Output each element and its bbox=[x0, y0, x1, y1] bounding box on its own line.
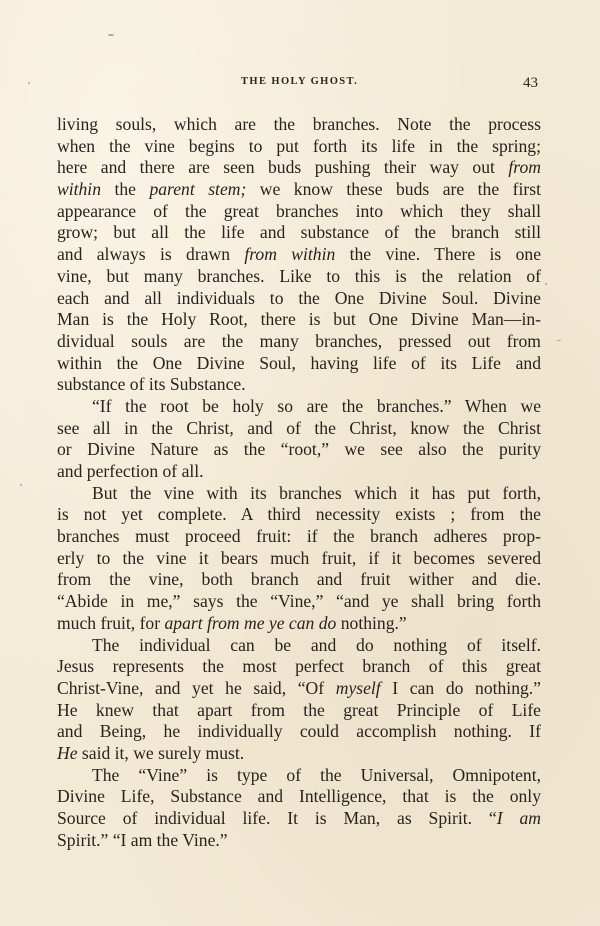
text-line: Jesus represents the most perfect branch… bbox=[57, 656, 541, 678]
text-segment: grow; but all the life and substance of … bbox=[57, 222, 541, 242]
text-segment: Man is the Holy Root, there is but One D… bbox=[57, 309, 541, 329]
paper-speck bbox=[557, 340, 561, 341]
text-segment: each and all individuals to the One Divi… bbox=[57, 288, 541, 308]
italic-text: He bbox=[57, 743, 78, 763]
text-line: “If the root be holy so are the branches… bbox=[57, 396, 541, 418]
text-segment: I can do nothing.” bbox=[381, 678, 541, 698]
text-segment: the vine. There is one bbox=[335, 244, 541, 264]
text-line: vine, but many branches. Like to this is… bbox=[57, 266, 541, 288]
italic-text: parent stem; bbox=[149, 179, 246, 199]
text-segment: branches must proceed fruit: if the bran… bbox=[57, 526, 541, 546]
text-line: Spirit.” “I am the Vine.” bbox=[57, 830, 541, 852]
text-segment: the bbox=[101, 179, 149, 199]
text-segment: Jesus represents the most perfect branch… bbox=[57, 656, 541, 676]
text-segment: The “Vine” is type of the Universal, Omn… bbox=[92, 765, 541, 785]
text-line: and perfection of all. bbox=[57, 461, 541, 483]
text-segment: within the One Divine Soul, having life … bbox=[57, 353, 541, 373]
text-line: Divine Life, Substance and Intelligence,… bbox=[57, 786, 541, 808]
text-segment: The individual can be and do nothing of … bbox=[92, 635, 541, 655]
text-segment: see all in the Christ, and of the Christ… bbox=[57, 418, 541, 438]
text-segment: living souls, which are the branches. No… bbox=[57, 114, 541, 134]
text-segment: and perfection of all. bbox=[57, 461, 204, 481]
text-line: or Divine Nature as the “root,” we see a… bbox=[57, 439, 541, 461]
text-segment: when the vine begins to put forth its li… bbox=[57, 136, 541, 156]
text-segment: appearance of the great branches into wh… bbox=[57, 201, 541, 221]
text-segment: “If the root be holy so are the branches… bbox=[92, 396, 541, 416]
text-line: within the One Divine Soul, having life … bbox=[57, 353, 541, 375]
body-text: living souls, which are the branches. No… bbox=[57, 114, 541, 851]
text-line: much fruit, for apart from me ye can do … bbox=[57, 613, 541, 635]
text-line: But the vine with its branches which it … bbox=[57, 483, 541, 505]
paper-speck bbox=[545, 283, 547, 285]
italic-text: from within bbox=[244, 244, 335, 264]
italic-text: I am bbox=[497, 808, 541, 828]
italic-text: from bbox=[508, 157, 541, 177]
text-segment: “Abide in me,” says the “Vine,” “and ye … bbox=[57, 591, 541, 611]
text-segment: Source of individual life. It is Man, as… bbox=[57, 808, 497, 828]
text-line: see all in the Christ, and of the Christ… bbox=[57, 418, 541, 440]
text-segment: Christ-Vine, and yet he said, “Of bbox=[57, 678, 336, 698]
text-line: when the vine begins to put forth its li… bbox=[57, 136, 541, 158]
text-segment: and always is drawn bbox=[57, 244, 244, 264]
text-line: here and there are seen buds pushing the… bbox=[57, 157, 541, 179]
text-segment: nothing.” bbox=[336, 613, 406, 633]
text-line: The individual can be and do nothing of … bbox=[57, 635, 541, 657]
text-segment: vine, but many branches. Like to this is… bbox=[57, 266, 541, 286]
italic-text: myself bbox=[336, 678, 381, 698]
text-line: dividual souls are the many branches, pr… bbox=[57, 331, 541, 353]
text-line: and always is drawn from within the vine… bbox=[57, 244, 541, 266]
text-segment: dividual souls are the many branches, pr… bbox=[57, 331, 541, 351]
text-line: substance of its Substance. bbox=[57, 374, 541, 396]
text-segment: or Divine Nature as the “root,” we see a… bbox=[57, 439, 541, 459]
italic-text: within bbox=[57, 179, 101, 199]
text-line: erly to the vine it bears much fruit, if… bbox=[57, 548, 541, 570]
text-segment: and Being, he individually could accompl… bbox=[57, 721, 541, 741]
text-line: “Abide in me,” says the “Vine,” “and ye … bbox=[57, 591, 541, 613]
paper-speck bbox=[28, 82, 30, 84]
text-line: Christ-Vine, and yet he said, “Of myself… bbox=[57, 678, 541, 700]
text-segment: Spirit.” “I am the Vine.” bbox=[57, 830, 228, 850]
text-line: Man is the Holy Root, there is but One D… bbox=[57, 309, 541, 331]
text-segment: much fruit, for bbox=[57, 613, 165, 633]
text-line: He knew that apart from the great Princi… bbox=[57, 700, 541, 722]
text-line: and Being, he individually could accompl… bbox=[57, 721, 541, 743]
text-line: He said it, we surely must. bbox=[57, 743, 541, 765]
text-line: appearance of the great branches into wh… bbox=[57, 201, 541, 223]
text-line: from the vine, both branch and fruit wit… bbox=[57, 569, 541, 591]
text-segment: But the vine with its branches which it … bbox=[92, 483, 541, 503]
text-segment: here and there are seen buds pushing the… bbox=[57, 157, 508, 177]
paper-speck bbox=[20, 484, 22, 486]
text-segment: erly to the vine it bears much fruit, if… bbox=[57, 548, 541, 568]
running-title: THE HOLY GHOST. bbox=[241, 76, 358, 87]
text-segment: we know these buds are the first bbox=[246, 179, 541, 199]
text-line: within the parent stem; we know these bu… bbox=[57, 179, 541, 201]
book-page: THE HOLY GHOST. 43 living souls, which a… bbox=[0, 0, 600, 926]
page-number: 43 bbox=[523, 75, 538, 92]
text-segment: He knew that apart from the great Princi… bbox=[57, 700, 541, 720]
text-line: grow; but all the life and substance of … bbox=[57, 222, 541, 244]
text-segment: said it, we surely must. bbox=[78, 743, 245, 763]
text-line: living souls, which are the branches. No… bbox=[57, 114, 541, 136]
text-line: Source of individual life. It is Man, as… bbox=[57, 808, 541, 830]
text-segment: is not yet complete. A third necessity e… bbox=[57, 504, 541, 524]
text-line: each and all individuals to the One Divi… bbox=[57, 288, 541, 310]
text-segment: substance of its Substance. bbox=[57, 374, 246, 394]
text-line: The “Vine” is type of the Universal, Omn… bbox=[57, 765, 541, 787]
paper-speck bbox=[108, 34, 114, 36]
text-segment: Divine Life, Substance and Intelligence,… bbox=[57, 786, 541, 806]
text-line: is not yet complete. A third necessity e… bbox=[57, 504, 541, 526]
italic-text: apart from me ye can do bbox=[165, 613, 337, 633]
text-line: branches must proceed fruit: if the bran… bbox=[57, 526, 541, 548]
text-segment: from the vine, both branch and fruit wit… bbox=[57, 569, 541, 589]
